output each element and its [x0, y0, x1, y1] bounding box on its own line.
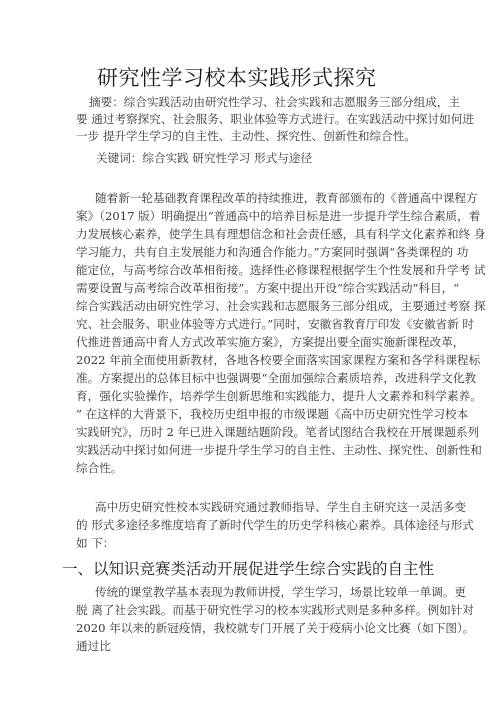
paragraph-line: 案》（2017 版）明确提出“普通高中的培养目标是进一步提升学生综合素质，着 [76, 209, 480, 223]
paragraph-line: 学习能力，共有自主发展能力和沟通合作能力。”方案同时强调“各类课程的 功 [76, 245, 468, 259]
paragraph-line: ” 在这样的大背景下，我校历史组申报的市级课题《高中历史研究性学习校本 [76, 407, 468, 421]
paragraph-line: 通过比 [76, 639, 111, 653]
paragraph-line: 力发展核心素养，使学生具有理想信念和社会责任感，具有科学文化素养和终 身 [76, 227, 485, 241]
paragraph-line: 代推进普通高中育人方式改革实施方案》，方案提出要全面实施新课程改革， [76, 335, 464, 349]
paragraph-line: 2022 年前全面使用新教材，各地各校要全面落实国家课程方案和各学科课程标 [76, 353, 480, 367]
abstract-line: 要 通过考察探究、社会服务、职业体验等方式进行。在实践活动中探讨如何进 [76, 112, 474, 126]
section-heading: 一、以知识竞赛类活动开展促进学生综合实践的自主性 [62, 557, 434, 579]
document-title: 研究性学习校本实践形式探究 [97, 62, 377, 92]
paragraph-line: 需要设置与高考综合改革相衔接”。方案中提出开设“综合实践活动”科目，“ [76, 281, 459, 295]
keywords: 关键词：综合实践 研究性学习 形式与途径 [96, 151, 312, 165]
paragraph-line: 究、社会服务、职业体验等方式进行。”同时，安徽省教育厅印发《安徽省新 时 [76, 317, 474, 331]
abstract-line: 摘要：综合实践活动由研究性学习、社会实践和志愿服务三部分组成，主 [89, 95, 460, 109]
abstract-line: 一步 提升学生学习的自主性、主动性、探究性、创新性和综合性。 [76, 129, 416, 143]
paragraph-line: 实践研究》，历时 2 年已进入课题结题阶段。笔者试图结合我校在开展课题系列 [76, 425, 479, 439]
paragraph-line: 实践活动中探讨如何进一步提升学生学习的自主性、主动性、探究性、创新性和 [76, 443, 482, 457]
paragraph-line: 随着新一轮基础教育课程改革的持续推进，教育部颁布的《普通高中课程方 [95, 191, 478, 205]
paragraph-line: 育，强化实验操作，培养学生创新思维和实践能力，提升人文素养和科学素养。 [76, 389, 482, 403]
paragraph-line: 综合实践活动由研究性学习、社会实践和志愿服务三部分组成，主要通过考察 探 [76, 299, 485, 313]
paragraph-line: 2020 年以来的新冠疫情，我校就专门开展了关于疫病小论文比赛（如下图）。 [76, 621, 474, 635]
paragraph-line: 如 下： [76, 536, 114, 550]
paragraph-line: 高中历史研究性校本实践研究通过教师指导、学生自主研究这一灵活多变 [95, 500, 466, 514]
paragraph-line: 能定位，与高考综合改革相衔接。选择性必修课程根据学生个性发展和升学考 试 [76, 263, 485, 277]
paragraph-line: 的 形式多途径多维度培育了新时代学生的历史学科核心素养。具体途径与形式 [76, 518, 474, 532]
document-page: 研究性学习校本实践形式探究 摘要：综合实践活动由研究性学习、社会实践和志愿服务三… [0, 0, 500, 707]
paragraph-line: 准。方案提出的总体目标中也强调要“全面加强综合素质培养，改进科学文化教 [76, 371, 476, 385]
paragraph-line: 传统的课堂教学基本表现为教师讲授，学生学习，场景比较单一单调。更 [95, 585, 466, 599]
paragraph-line: 脱 离了社会实践。而基于研究性学习的校本实践形式则是多种多样。例如针对 [76, 603, 474, 617]
paragraph-line: 综合性。 [76, 461, 122, 475]
